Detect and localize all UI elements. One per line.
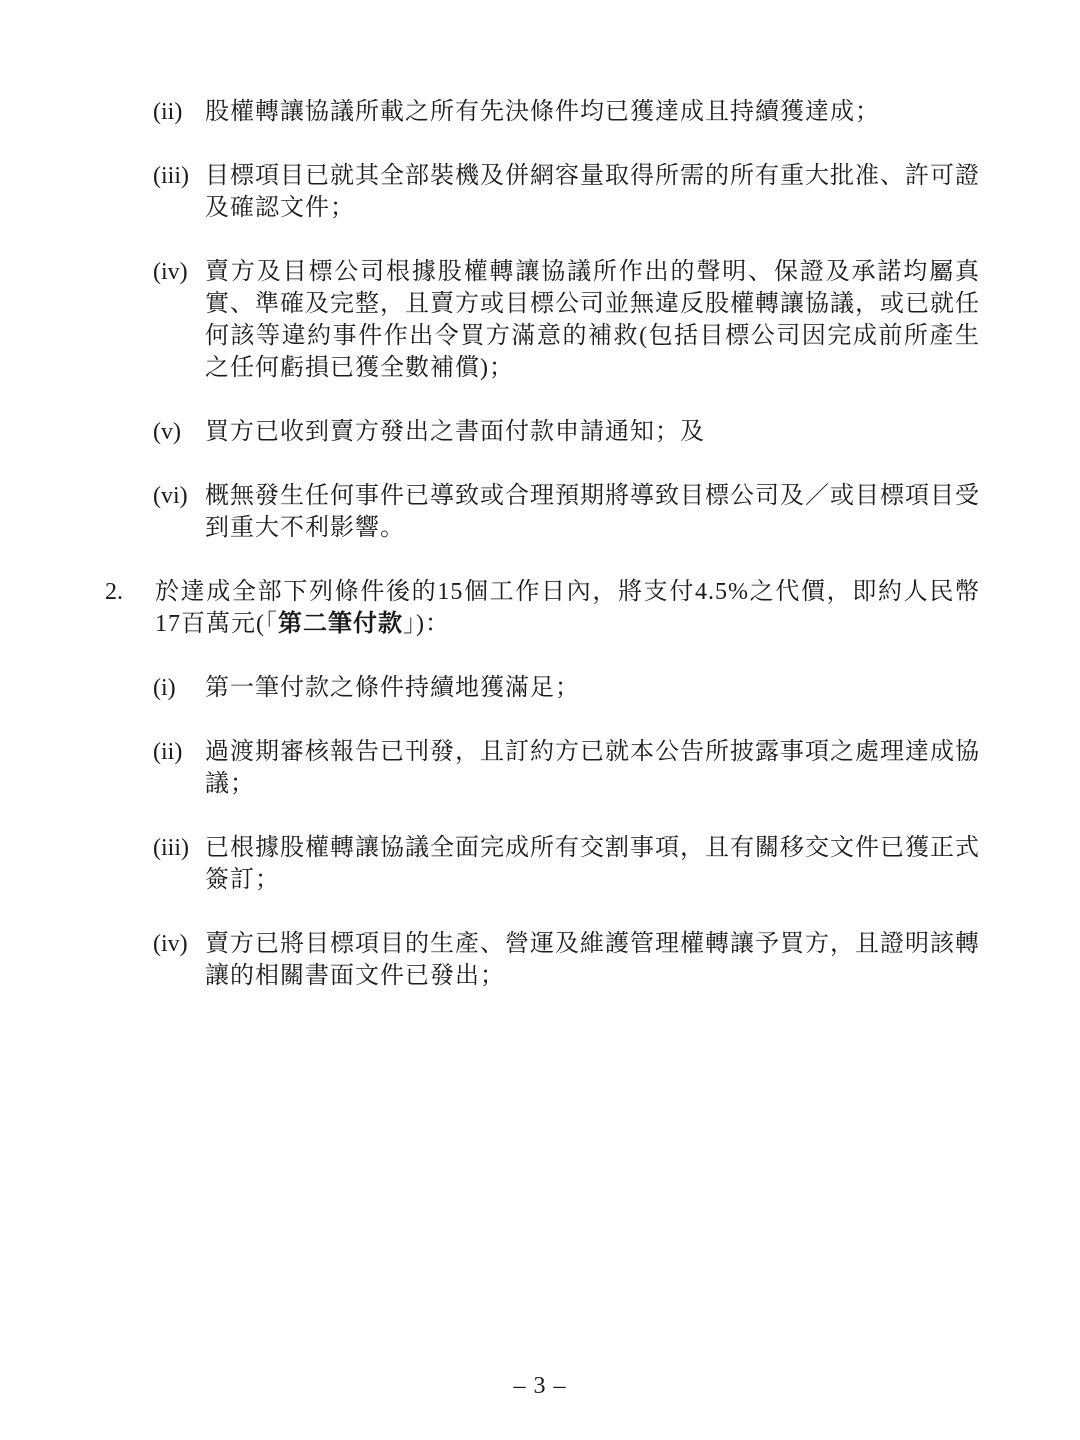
item2-text-after: 」)： — [403, 611, 450, 637]
list-item-marker: (iii) — [153, 160, 205, 192]
list-item-a-iii: (iii) 目標項目已就其全部裝機及併網容量取得所需的所有重大批准、許可證及確認… — [153, 160, 980, 224]
list-item-marker: (v) — [153, 416, 205, 448]
list-item-marker: (i) — [153, 672, 205, 704]
list-item-marker: (iii) — [153, 832, 205, 864]
list-item-b-i: (i) 第一筆付款之條件持續地獲滿足； — [153, 672, 980, 704]
list-item-text: 目標項目已就其全部裝機及併網容量取得所需的所有重大批准、許可證及確認文件； — [205, 160, 980, 224]
list-item-text: 概無發生任何事件已導致或合理預期將導致目標公司及／或目標項目受到重大不利影響。 — [205, 480, 980, 544]
list-item-a-iv: (iv) 賣方及目標公司根據股權轉讓協議所作出的聲明、保證及承諾均屬真實、準確及… — [153, 256, 980, 384]
document-page: (ii) 股權轉讓協議所載之所有先決條件均已獲達成且持續獲達成； (iii) 目… — [0, 0, 1080, 1440]
document-content: (ii) 股權轉讓協議所載之所有先決條件均已獲達成且持續獲達成； (iii) 目… — [0, 0, 1080, 992]
list-item-b-iii: (iii) 已根據股權轉讓協議全面完成所有交割事項，且有關移交文件已獲正式簽訂； — [153, 832, 980, 896]
list-item-text: 第一筆付款之條件持續地獲滿足； — [205, 672, 980, 704]
list-item-text: 已根據股權轉讓協議全面完成所有交割事項，且有關移交文件已獲正式簽訂； — [205, 832, 980, 896]
list-item-marker: (vi) — [153, 480, 205, 512]
list-item-a-ii: (ii) 股權轉讓協議所載之所有先決條件均已獲達成且持續獲達成； — [153, 96, 980, 128]
list-item-text: 過渡期審核報告已刊發，且訂約方已就本公告所披露事項之處理達成協議； — [205, 736, 980, 800]
page-number: – 3 – — [0, 1372, 1080, 1400]
list-item-text: 賣方及目標公司根據股權轉讓協議所作出的聲明、保證及承諾均屬真實、準確及完整，且賣… — [205, 256, 980, 384]
list-item-text: 賣方已將目標項目的生產、營運及維護管理權轉讓予買方，且證明該轉讓的相關書面文件已… — [205, 928, 980, 992]
list-item-b-ii: (ii) 過渡期審核報告已刊發，且訂約方已就本公告所披露事項之處理達成協議； — [153, 736, 980, 800]
numbered-item-text: 於達成全部下列條件後的15個工作日內，將支付4.5%之代價，即約人民幣17百萬元… — [155, 576, 980, 640]
list-item-a-v: (v) 買方已收到賣方發出之書面付款申請通知；及 — [153, 416, 980, 448]
list-item-text: 股權轉讓協議所載之所有先決條件均已獲達成且持續獲達成； — [205, 96, 980, 128]
defined-term-second-payment: 第二筆付款 — [278, 611, 403, 637]
numbered-item-2: 2. 於達成全部下列條件後的15個工作日內，將支付4.5%之代價，即約人民幣17… — [105, 576, 980, 640]
list-item-marker: (iv) — [153, 256, 205, 288]
list-item-text: 買方已收到賣方發出之書面付款申請通知；及 — [205, 416, 980, 448]
numbered-item-marker: 2. — [105, 576, 155, 608]
list-item-a-vi: (vi) 概無發生任何事件已導致或合理預期將導致目標公司及／或目標項目受到重大不… — [153, 480, 980, 544]
list-item-b-iv: (iv) 賣方已將目標項目的生產、營運及維護管理權轉讓予買方，且證明該轉讓的相關… — [153, 928, 980, 992]
list-item-marker: (ii) — [153, 736, 205, 768]
list-item-marker: (iv) — [153, 928, 205, 960]
list-item-marker: (ii) — [153, 96, 205, 128]
